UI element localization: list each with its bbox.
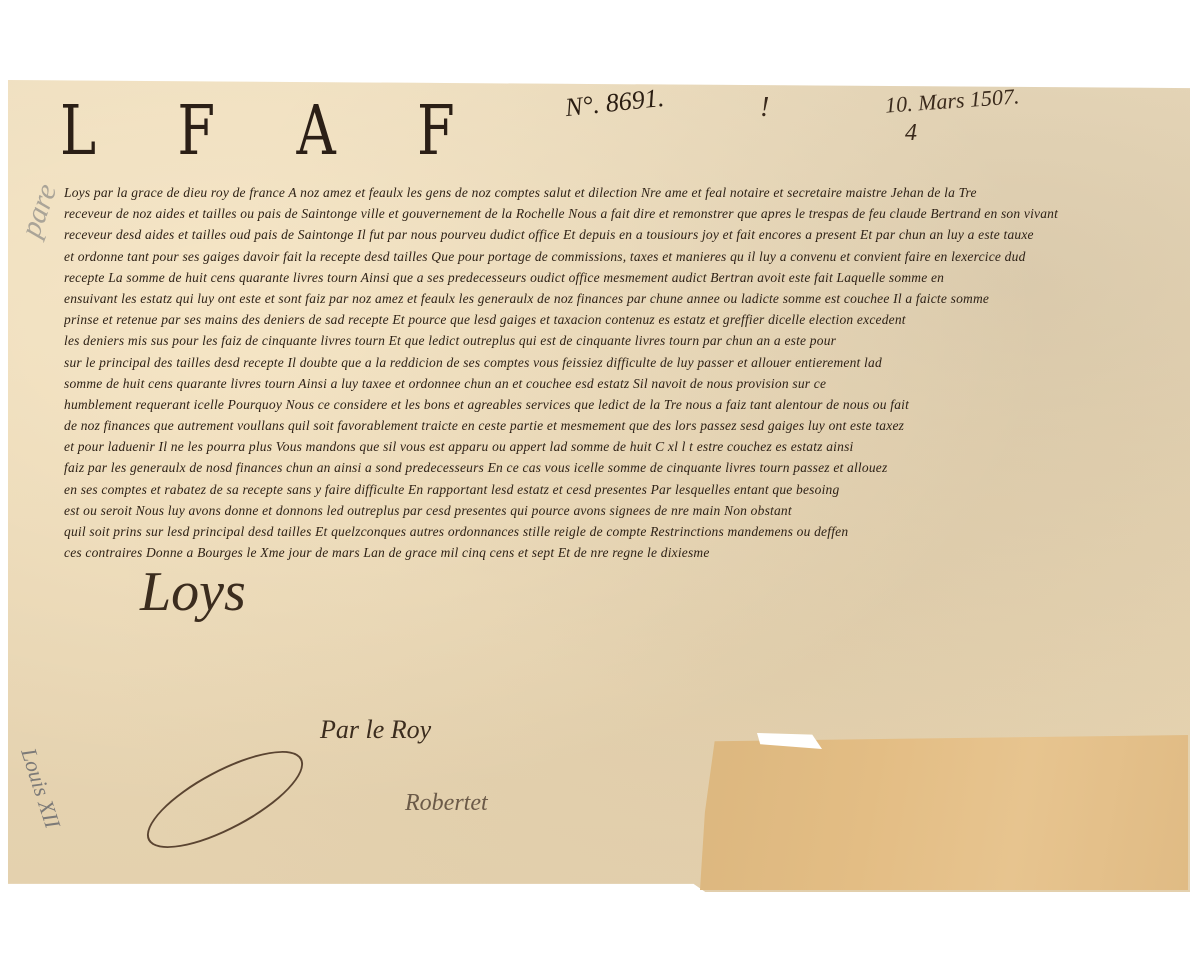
body-line: sur le principal des tailles desd recept… [64, 352, 1184, 373]
body-line: humblement requerant icelle Pourquoy Nou… [64, 394, 1184, 415]
body-line: somme de huit cens quarante livres tourn… [64, 373, 1184, 394]
body-line: recepte La somme de huit cens quarante l… [64, 267, 1184, 288]
body-line: quil soit prins sur lesd principal desd … [64, 521, 1184, 542]
body-line: Loys par la grace de dieu roy de france … [64, 182, 1184, 203]
body-line: est ou seroit Nous luy avons donne et do… [64, 500, 1184, 521]
body-line: et ordonne tant pour ses gaiges davoir f… [64, 246, 1184, 267]
parchment-repair-patch [700, 735, 1188, 890]
body-line: les deniers mis sus pour les faiz de cin… [64, 330, 1184, 351]
body-line: ensuivant les estatz qui luy ont este et… [64, 288, 1184, 309]
body-line: prinse et retenue par ses mains des deni… [64, 309, 1184, 330]
royal-signature: Loys [140, 560, 246, 624]
folio-mark: 4 [905, 120, 917, 147]
secretary-line: Par le Roy [320, 715, 431, 745]
body-line: faiz par les generaulx de nosd finances … [64, 457, 1184, 478]
body-line: receveur de noz aides et tailles ou pais… [64, 203, 1184, 224]
letter-body: Loys par la grace de dieu roy de france … [64, 182, 1184, 563]
body-line: de noz finances que autrement voullans q… [64, 415, 1184, 436]
decorative-initials: L F A F [60, 92, 487, 171]
body-line: et pour laduenir Il ne les pourra plus V… [64, 436, 1184, 457]
body-line: en ses comptes et rabatez de sa recepte … [64, 479, 1184, 500]
body-line: receveur desd aides et tailles oud pais … [64, 224, 1184, 245]
countersignature: Robertet [405, 790, 488, 817]
folio-mark-2: ! [760, 92, 769, 124]
